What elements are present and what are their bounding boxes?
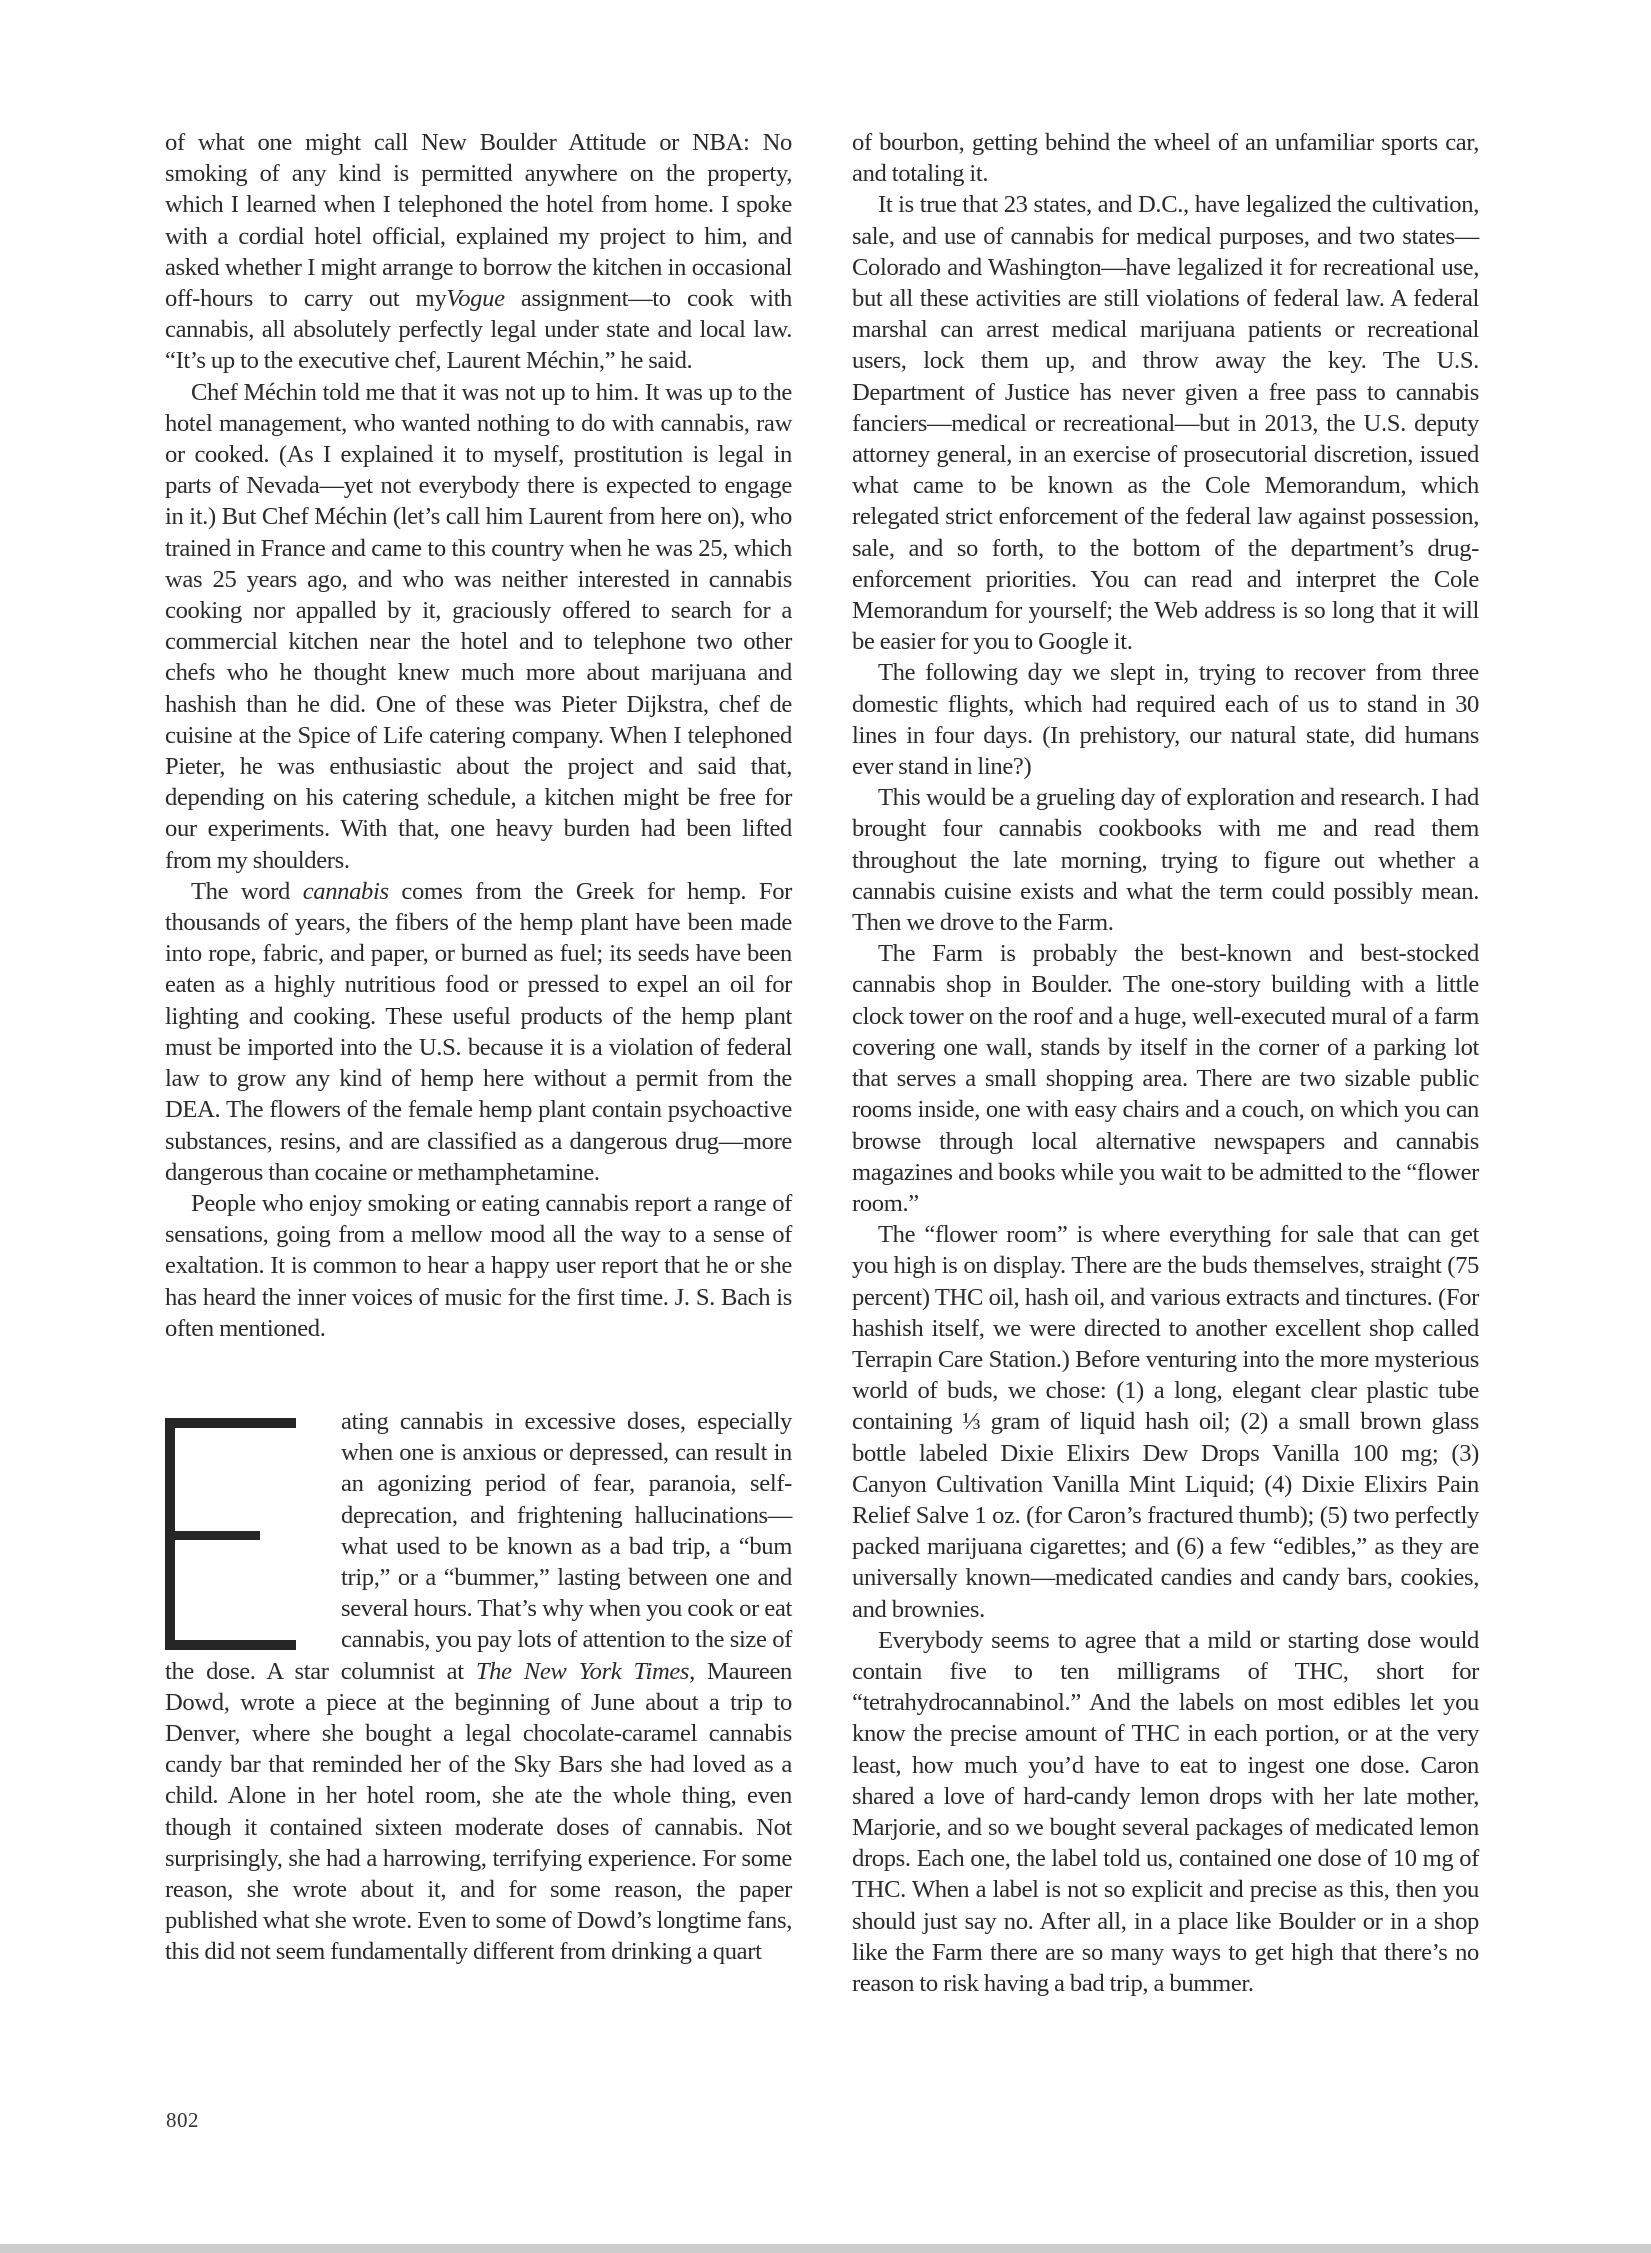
paragraph-legalization: It is true that 23 states, and D.C., hav… [852,189,1479,657]
italic-term: cannabis [303,878,389,905]
paragraph-dosage: Everybody seems to agree that a mild or … [852,1625,1479,1999]
paragraph-the-farm: The Farm is probably the best-known and … [852,938,1479,1219]
paragraph-chef-mechin: Chef Méchin told me that it was not up t… [165,377,792,876]
paragraph-sensations: People who enjoy smoking or eating canna… [165,1188,792,1344]
dropcap-arm-middle [165,1531,260,1540]
right-column: of bourbon, getting behind the wheel of … [852,127,1479,1999]
paragraph-text: The word [191,878,303,905]
left-column: of what one might call New Boulder Attit… [165,127,792,1968]
paragraph-grueling-day: This would be a grueling day of explorat… [852,782,1479,938]
paragraph-bourbon: of bourbon, getting behind the wheel of … [852,127,1479,189]
paragraph-continued: of what one might call New Boulder Attit… [165,127,792,377]
dropcap-letter-e [165,1418,297,1652]
paragraph-dropcap: ating cannabis in excessive doses, espec… [165,1406,792,1968]
magazine-page: of what one might call New Boulder Attit… [0,0,1651,2228]
dropcap-arm-top [165,1418,296,1428]
paragraph-text: Maureen Dowd, wrote a piece at the begin… [165,1658,792,1966]
paragraph-following-day: The following day we slept in, trying to… [852,657,1479,782]
italic-publication-name: The New York Times, [476,1658,695,1685]
page-number: 802 [166,2108,199,2133]
paragraph-text: comes from the Greek for hemp. For thous… [165,878,792,1186]
section-break [165,1344,792,1406]
italic-publication-name: Vogue [446,285,504,312]
viewer-bottom-bar [0,2244,1651,2253]
paragraph-word-cannabis: The word cannabis comes from the Greek f… [165,876,792,1188]
paragraph-flower-room: The “flower room” is where everything fo… [852,1219,1479,1625]
dropcap-arm-bottom [165,1640,296,1650]
